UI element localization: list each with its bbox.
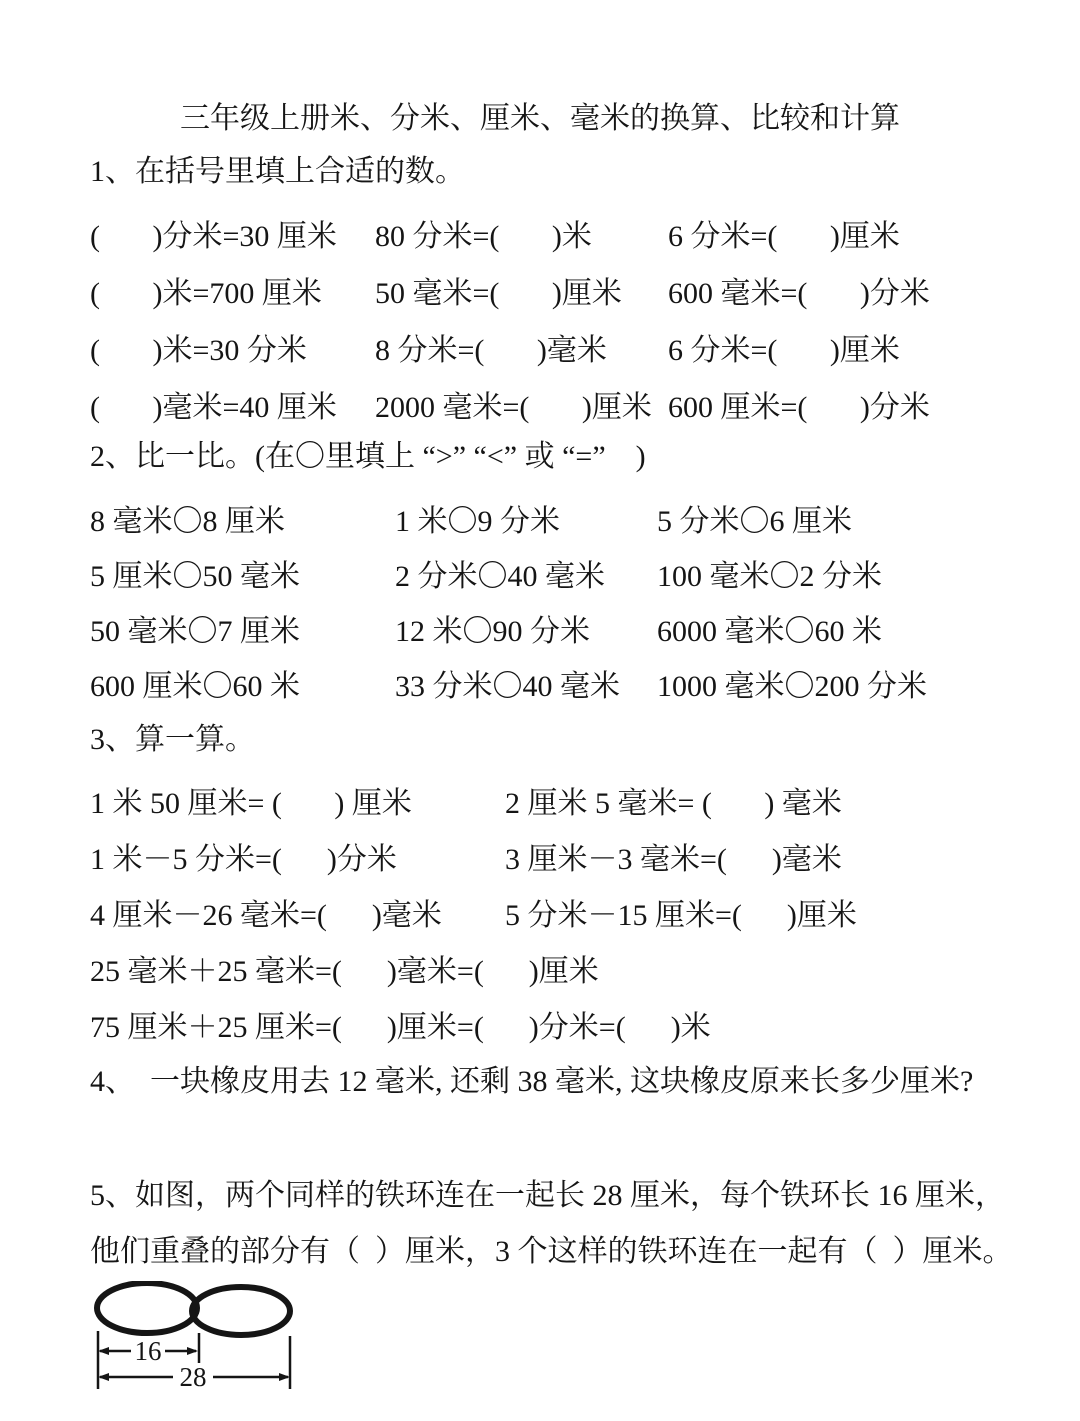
worksheet-cell: 8 毫米〇8 厘米 — [90, 496, 395, 540]
worksheet-cell: 8 分米=( )毫米 — [375, 325, 668, 369]
section2-heading: 2、比一比。(在〇里填上 “>” “<” 或 “=” ) — [90, 438, 646, 476]
worksheet-cell: 1 米〇9 分米 — [395, 496, 657, 540]
worksheet-cell: 6000 毫米〇60 米 — [657, 606, 1040, 650]
worksheet-cell: 5 厘米〇50 毫米 — [90, 551, 395, 595]
section1-heading: 1、在括号里填上合适的数。 — [90, 153, 465, 191]
ring-left — [97, 1283, 197, 1333]
section4-problem: 4、 一块橡皮用去 12 毫米, 还剩 38 毫米, 这块橡皮原来长多少厘米? — [90, 1063, 973, 1101]
worksheet-cell: 3 厘米－3 毫米=( )毫米 — [505, 834, 1040, 878]
section2-rows: 8 毫米〇8 厘米 1 米〇9 分米 5 分米〇6 厘米 5 厘米〇50 毫米 … — [90, 490, 1040, 710]
worksheet-cell: 1000 毫米〇200 分米 — [657, 661, 1040, 705]
worksheet-cell: ( )毫米=40 厘米 — [90, 382, 375, 426]
worksheet-cell: ( )米=700 厘米 — [90, 268, 375, 312]
worksheet-page: 三年级上册米、分米、厘米、毫米的换算、比较和计算 1、在括号里填上合适的数。 (… — [0, 0, 1080, 1421]
worksheet-cell: 1 米 50 厘米= ( ) 厘米 — [90, 778, 505, 822]
dim16-arrow-right — [187, 1347, 198, 1355]
worksheet-cell: 6 分米=( )厘米 — [668, 325, 1040, 369]
worksheet-cell: 100 毫米〇2 分米 — [657, 551, 1040, 595]
worksheet-cell: 600 厘米=( )分米 — [668, 382, 1040, 426]
worksheet-cell: 2 分米〇40 毫米 — [395, 551, 657, 595]
section1-rows: ( )分米=30 厘米 80 分米=( )米 6 分米=( )厘米 ( )米=7… — [90, 204, 1040, 432]
worksheet-cell: ( )米=30 分米 — [90, 325, 375, 369]
worksheet-cell: 33 分米〇40 毫米 — [395, 661, 657, 705]
worksheet-cell: ( )分米=30 厘米 — [90, 211, 375, 255]
worksheet-cell: 1 米－5 分米=( )分米 — [90, 834, 505, 878]
worksheet-cell: 2000 毫米=( )厘米 — [375, 382, 668, 426]
section3-rows: 1 米 50 厘米= ( ) 厘米 2 厘米 5 毫米= ( ) 毫米 1 米－… — [90, 772, 1040, 1052]
ring-right — [192, 1287, 290, 1335]
dim28-arrow-right — [279, 1373, 290, 1381]
worksheet-cell: 25 毫米＋25 毫米=( )毫米=( )厘米 — [90, 946, 1040, 990]
worksheet-cell: 600 毫米=( )分米 — [668, 268, 1040, 312]
page-title: 三年级上册米、分米、厘米、毫米的换算、比较和计算 — [0, 100, 1080, 138]
worksheet-cell: 4 厘米－26 毫米=( )毫米 — [90, 890, 505, 934]
worksheet-cell: 80 分米=( )米 — [375, 211, 668, 255]
rings-diagram: 16 28 — [93, 1281, 297, 1393]
section5-problem-line2: 他们重叠的部分有（ ）厘米，3 个这样的铁环连在一起有（ ）厘米。 — [90, 1233, 1013, 1271]
dim28-arrow-left — [98, 1373, 109, 1381]
worksheet-cell: 6 分米=( )厘米 — [668, 211, 1040, 255]
worksheet-cell: 12 米〇90 分米 — [395, 606, 657, 650]
dim28-label: 28 — [180, 1362, 207, 1392]
worksheet-cell: 50 毫米=( )厘米 — [375, 268, 668, 312]
dim16-label: 16 — [135, 1336, 162, 1366]
dim16-arrow-left — [98, 1347, 109, 1355]
worksheet-cell: 2 厘米 5 毫米= ( ) 毫米 — [505, 778, 1040, 822]
worksheet-cell: 50 毫米〇7 厘米 — [90, 606, 395, 650]
worksheet-cell: 600 厘米〇60 米 — [90, 661, 395, 705]
section5-problem-line1: 5、如图，两个同样的铁环连在一起长 28 厘米，每个铁环长 16 厘米， — [90, 1177, 1005, 1215]
worksheet-cell: 75 厘米＋25 厘米=( )厘米=( )分米=( )米 — [90, 1002, 1040, 1046]
worksheet-cell: 5 分米－15 厘米=( )厘米 — [505, 890, 1040, 934]
worksheet-cell: 5 分米〇6 厘米 — [657, 496, 1040, 540]
section3-heading: 3、算一算。 — [90, 721, 255, 759]
